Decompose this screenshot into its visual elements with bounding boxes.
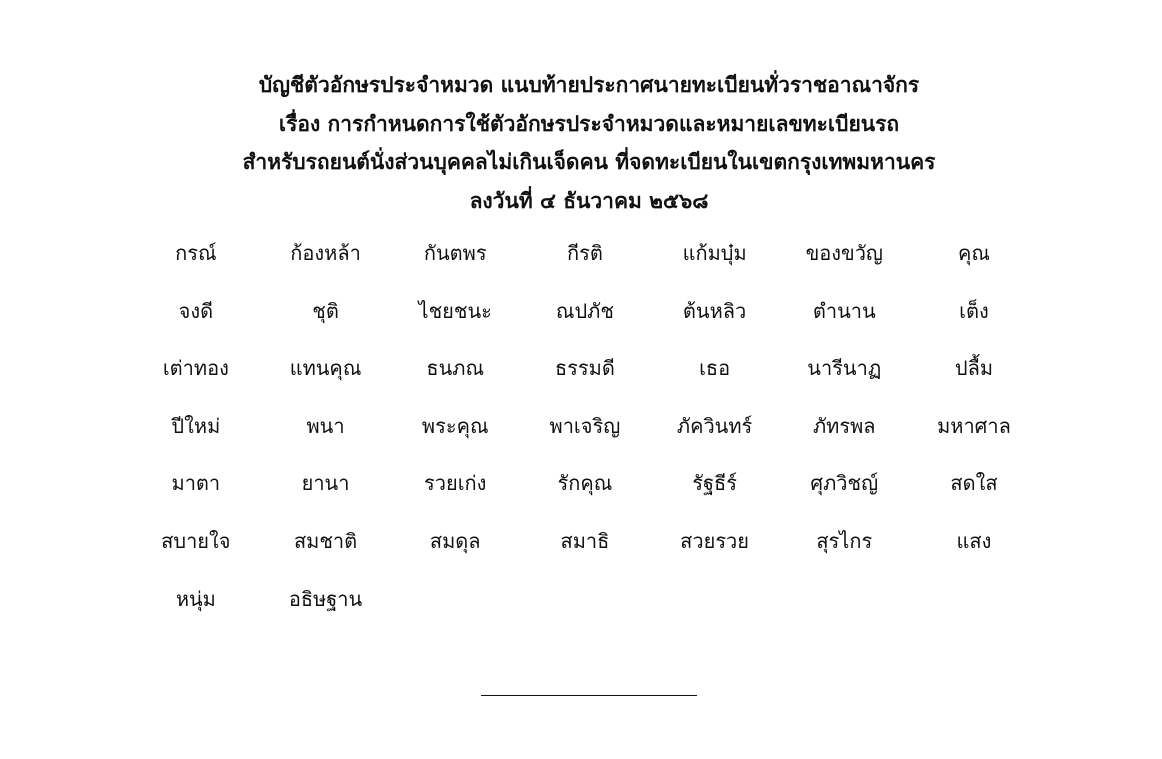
list-item: มหาศาล bbox=[909, 405, 1039, 463]
list-item: มาตา bbox=[131, 462, 261, 520]
list-item: สมดุล bbox=[390, 520, 520, 578]
list-item: ปีใหม่ bbox=[131, 405, 261, 463]
list-item: ยานา bbox=[261, 462, 391, 520]
list-item: ต้นหลิว bbox=[650, 290, 780, 348]
list-item: สวยรวย bbox=[650, 520, 780, 578]
list-item: เต่าทอง bbox=[131, 347, 261, 405]
list-item: จงดี bbox=[131, 290, 261, 348]
list-item: รักคุณ bbox=[520, 462, 650, 520]
list-item: สดใส bbox=[909, 462, 1039, 520]
list-item: ชุติ bbox=[261, 290, 391, 348]
list-item: ก้องหล้า bbox=[261, 232, 391, 290]
list-item: ศุภวิชญ์ bbox=[779, 462, 909, 520]
list-item: คุณ bbox=[909, 232, 1039, 290]
list-item: แก้มบุ๋ม bbox=[650, 232, 780, 290]
document-subject: เรื่อง การกำหนดการใช้ตัวอักษรประจำหมวดแล… bbox=[0, 105, 1162, 144]
list-item: ตำนาน bbox=[779, 290, 909, 348]
document-title: บัญชีตัวอักษรประจำหมวด แนบท้ายประกาศนายท… bbox=[0, 66, 1162, 105]
document-header: บัญชีตัวอักษรประจำหมวด แนบท้ายประกาศนายท… bbox=[0, 66, 1162, 220]
list-item: ณปภัช bbox=[520, 290, 650, 348]
list-item: กีรติ bbox=[520, 232, 650, 290]
list-item: แทนคุณ bbox=[261, 347, 391, 405]
list-item: ไชยชนะ bbox=[390, 290, 520, 348]
list-item: นารีนาฏ bbox=[779, 347, 909, 405]
list-item: ภัทรพล bbox=[779, 405, 909, 463]
list-item: รัฐธีร์ bbox=[650, 462, 780, 520]
document-scope: สำหรับรถยนต์นั่งส่วนบุคคลไม่เกินเจ็ดคน ท… bbox=[0, 143, 1162, 182]
list-item: หนุ่ม bbox=[131, 578, 261, 636]
end-of-document-rule bbox=[481, 695, 697, 696]
list-item: สมาธิ bbox=[520, 520, 650, 578]
list-item: เธอ bbox=[650, 347, 780, 405]
letter-series-list: กรณ์ก้องหล้ากันตพรกีรติแก้มบุ๋มของขวัญคุ… bbox=[131, 232, 1039, 635]
list-item: พาเจริญ bbox=[520, 405, 650, 463]
list-item: สมชาติ bbox=[261, 520, 391, 578]
list-item: แสง bbox=[909, 520, 1039, 578]
list-item: สุรไกร bbox=[779, 520, 909, 578]
list-item: อธิษฐาน bbox=[261, 578, 391, 636]
list-item: ธนภณ bbox=[390, 347, 520, 405]
list-item: พนา bbox=[261, 405, 391, 463]
list-item: พระคุณ bbox=[390, 405, 520, 463]
list-item: เต็ง bbox=[909, 290, 1039, 348]
list-item: รวยเก่ง bbox=[390, 462, 520, 520]
list-item: ของขวัญ bbox=[779, 232, 909, 290]
list-item: กันตพร bbox=[390, 232, 520, 290]
list-item: กรณ์ bbox=[131, 232, 261, 290]
list-item: ภัควินทร์ bbox=[650, 405, 780, 463]
list-item: สบายใจ bbox=[131, 520, 261, 578]
list-item: ปลื้ม bbox=[909, 347, 1039, 405]
document-date: ลงวันที่ ๔ ธันวาคม ๒๕๖๘ bbox=[0, 182, 1162, 221]
list-item: ธรรมดี bbox=[520, 347, 650, 405]
